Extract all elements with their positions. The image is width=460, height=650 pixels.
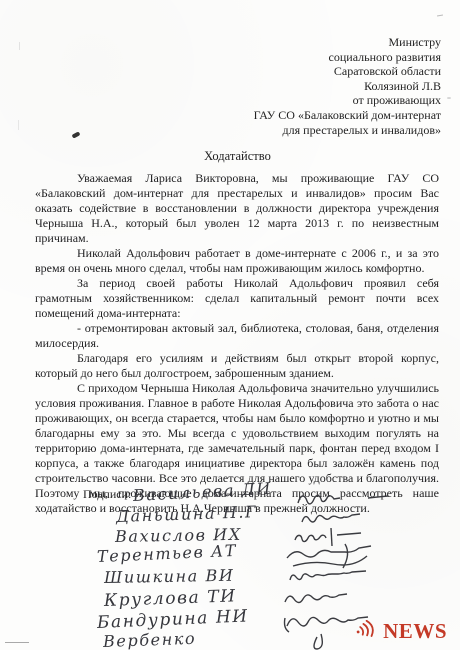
document-title: Ходатайство: [35, 149, 440, 164]
recipient-line: ГАУ СО «Балаковский дом-интернат: [141, 108, 441, 123]
recipient-block: Министру социального развития Саратовско…: [141, 35, 441, 137]
body-paragraph: За период своей работы Николай Адольфови…: [35, 276, 439, 321]
scan-artifact: [19, 42, 20, 50]
signature-scribble: [300, 511, 362, 527]
recipient-line: Министру: [141, 35, 441, 50]
scan-artifact: [72, 131, 81, 138]
letter-body: Уважаемая Лариса Викторовна, мы проживаю…: [35, 171, 439, 516]
news-logo-text: NEWS: [383, 619, 447, 644]
recipient-line: Саратовской области: [141, 64, 441, 79]
signature-scribble: [288, 568, 372, 586]
signature-name: Шишкина ВИ: [104, 566, 235, 587]
news-watermark: NEWS: [354, 619, 447, 644]
scanned-letter-page: Министру социального развития Саратовско…: [0, 0, 460, 650]
body-paragraph: Уважаемая Лариса Викторовна, мы проживаю…: [35, 171, 439, 246]
recipient-line: социального развития: [141, 50, 441, 65]
signature-name: Даньшина Н.Г: [116, 502, 258, 526]
scan-artifact: [447, 97, 451, 99]
recipient-line: для престарелых и инвалидов»: [141, 123, 441, 138]
broadcast-waves-icon: [354, 620, 374, 643]
scan-artifact: [5, 642, 29, 643]
body-paragraph: Николай Адольфович работает в доме-интер…: [35, 246, 439, 276]
body-paragraph: - отремонтирован актовый зал, библиотека…: [35, 321, 439, 351]
signatures-label: Подписи:: [83, 487, 131, 502]
recipient-line: Колязиной Л.В: [141, 79, 441, 94]
signature-name: Вербенко: [103, 629, 197, 650]
body-paragraph: Благодаря его усилиям и действиям был от…: [35, 351, 439, 381]
scan-artifact: [437, 14, 443, 16]
signature-scribble: [283, 590, 349, 608]
recipient-line: от проживающих: [141, 93, 441, 108]
signature-scribble: [296, 490, 392, 508]
scan-artifact: [18, 120, 19, 130]
